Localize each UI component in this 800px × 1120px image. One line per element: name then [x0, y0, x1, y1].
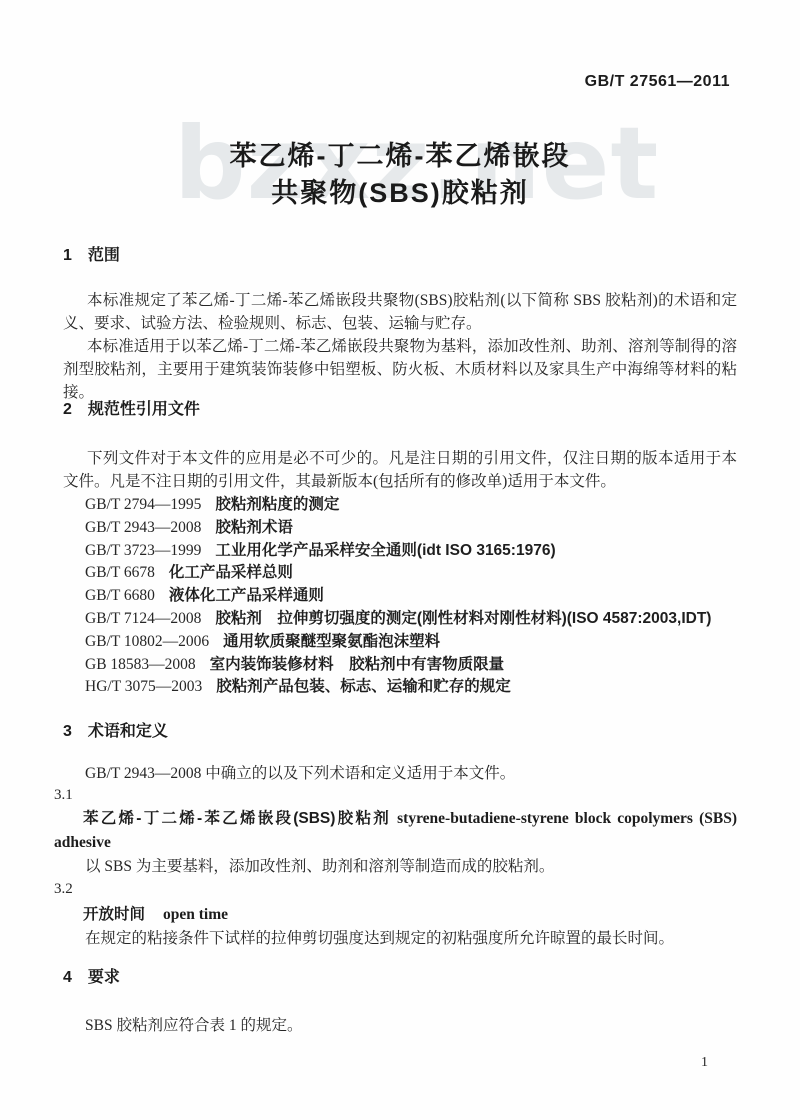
section-2-intro: 下列文件对于本文件的应用是必不可少的。凡是注日期的引用文件，仅注日期的版本适用于… [63, 447, 737, 493]
term-3-1-english-part1: styrene-butadiene-styrene block copolyme… [397, 810, 737, 827]
section-1-number: 1 [63, 246, 72, 266]
doc-number: GB/T 27561—2011 [585, 74, 730, 90]
term-3-2-english: open time [163, 906, 228, 923]
section-1-paragraph-2: 本标准适用于以苯乙烯-丁二烯-苯乙烯嵌段共聚物为基料，添加改性剂、助剂、溶剂等制… [63, 335, 737, 404]
reference-code: GB/T 6680 [85, 587, 155, 604]
section-4-number: 4 [63, 968, 72, 988]
page-number: 1 [701, 1056, 708, 1070]
reference-title: 室内装饰装修材料 胶粘剂中有害物质限量 [210, 656, 505, 673]
reference-title: 通用软质聚醚型聚氨酯泡沫塑料 [223, 633, 440, 650]
term-3-2-number: 3.2 [54, 880, 73, 898]
reference-title: 化工产品采样总则 [169, 564, 293, 581]
standard-document-page: bzxz.net GB/T 27561—2011 苯乙烯-丁二烯-苯乙烯嵌段 共… [0, 0, 800, 1120]
term-3-2-definition: 在规定的粘接条件下试样的拉伸剪切强度达到规定的初粘强度所允许晾置的最长时间。 [63, 927, 737, 950]
section-3-heading: 3术语和定义 [63, 722, 168, 742]
document-title: 苯乙烯-丁二烯-苯乙烯嵌段 共聚物(SBS)胶粘剂 [0, 138, 800, 212]
reference-title: 胶粘剂产品包装、标志、运输和贮存的规定 [216, 678, 511, 695]
section-2-label: 规范性引用文件 [88, 401, 200, 418]
term-3-2-chinese: 开放时间 [83, 906, 145, 923]
reference-title: 胶粘剂 拉伸剪切强度的测定(刚性材料对刚性材料)(ISO 4587:2003,I… [215, 610, 711, 627]
term-3-1-definition: 以 SBS 为主要基料，添加改性剂、助剂和溶剂等制造而成的胶粘剂。 [63, 855, 737, 878]
reference-item: GB/T 6680液体化工产品采样通则 [85, 585, 737, 608]
title-line-1: 苯乙烯-丁二烯-苯乙烯嵌段 [0, 138, 800, 175]
section-2-number: 2 [63, 400, 72, 420]
section-3-label: 术语和定义 [88, 723, 168, 740]
reference-code: GB/T 6678 [85, 564, 155, 581]
section-1-label: 范围 [88, 247, 120, 264]
section-1-heading: 1范围 [63, 246, 120, 266]
section-2-heading: 2规范性引用文件 [63, 400, 200, 420]
term-3-1-number: 3.1 [54, 786, 73, 804]
term-3-2-line: 开放时间open time [54, 904, 737, 926]
reference-code: GB/T 3723—1999 [85, 542, 201, 559]
reference-item: GB/T 6678化工产品采样总则 [85, 562, 737, 585]
reference-code: GB/T 2943—2008 [85, 519, 201, 536]
section-4-heading: 4要求 [63, 968, 120, 988]
section-1-paragraph-1: 本标准规定了苯乙烯-丁二烯-苯乙烯嵌段共聚物(SBS)胶粘剂(以下简称 SBS … [63, 289, 737, 335]
section-3-number: 3 [63, 722, 72, 742]
reference-title: 胶粘剂术语 [215, 519, 293, 536]
section-2-intro-paragraph: 下列文件对于本文件的应用是必不可少的。凡是注日期的引用文件，仅注日期的版本适用于… [63, 447, 737, 493]
term-3-1-line: 苯乙烯-丁二烯-苯乙烯嵌段(SBS)胶粘剂 styrene-butadiene-… [54, 808, 737, 830]
reference-code: GB/T 10802—2006 [85, 633, 209, 650]
reference-title: 液体化工产品采样通则 [169, 587, 324, 604]
reference-title: 胶粘剂粘度的测定 [215, 496, 339, 513]
reference-item: GB/T 2794—1995胶粘剂粘度的测定 [85, 494, 737, 517]
section-3-intro: GB/T 2943—2008 中确立的以及下列术语和定义适用于本文件。 [63, 762, 737, 785]
reference-code: GB 18583—2008 [85, 656, 196, 673]
term-3-1-chinese: 苯乙烯-丁二烯-苯乙烯嵌段(SBS)胶粘剂 [83, 810, 391, 827]
reference-item: GB 18583—2008室内装饰装修材料 胶粘剂中有害物质限量 [85, 654, 737, 677]
reference-item: GB/T 3723—1999工业用化学产品采样安全通则(idt ISO 3165… [85, 540, 737, 563]
reference-item: HG/T 3075—2003胶粘剂产品包装、标志、运输和贮存的规定 [85, 676, 737, 699]
title-line-2: 共聚物(SBS)胶粘剂 [0, 175, 800, 212]
reference-item: GB/T 10802—2006通用软质聚醚型聚氨酯泡沫塑料 [85, 631, 737, 654]
reference-code: GB/T 2794—1995 [85, 496, 201, 513]
reference-code: GB/T 7124—2008 [85, 610, 201, 627]
section-4-label: 要求 [88, 969, 120, 986]
reference-code: HG/T 3075—2003 [85, 678, 202, 695]
term-3-1-english-part2: adhesive [54, 832, 111, 854]
normative-references-list: GB/T 2794—1995胶粘剂粘度的测定 GB/T 2943—2008胶粘剂… [85, 494, 737, 699]
reference-item: GB/T 7124—2008胶粘剂 拉伸剪切强度的测定(刚性材料对刚性材料)(I… [85, 608, 737, 631]
section-4-paragraph: SBS 胶粘剂应符合表 1 的规定。 [63, 1014, 737, 1037]
reference-item: GB/T 2943—2008胶粘剂术语 [85, 517, 737, 540]
section-1-body: 本标准规定了苯乙烯-丁二烯-苯乙烯嵌段共聚物(SBS)胶粘剂(以下简称 SBS … [63, 289, 737, 404]
reference-title: 工业用化学产品采样安全通则(idt ISO 3165:1976) [215, 542, 555, 559]
